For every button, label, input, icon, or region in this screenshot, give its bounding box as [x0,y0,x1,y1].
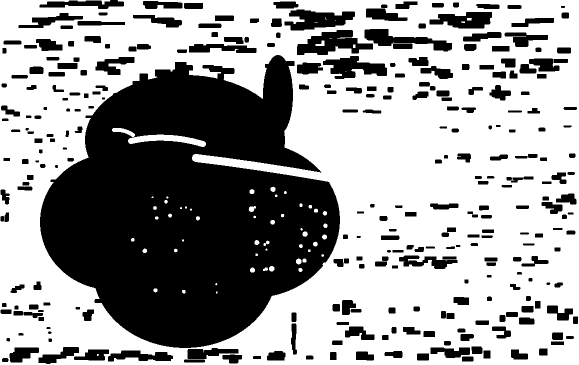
binarized-photo-canvas [0,0,579,365]
binarized-photo [0,0,579,365]
